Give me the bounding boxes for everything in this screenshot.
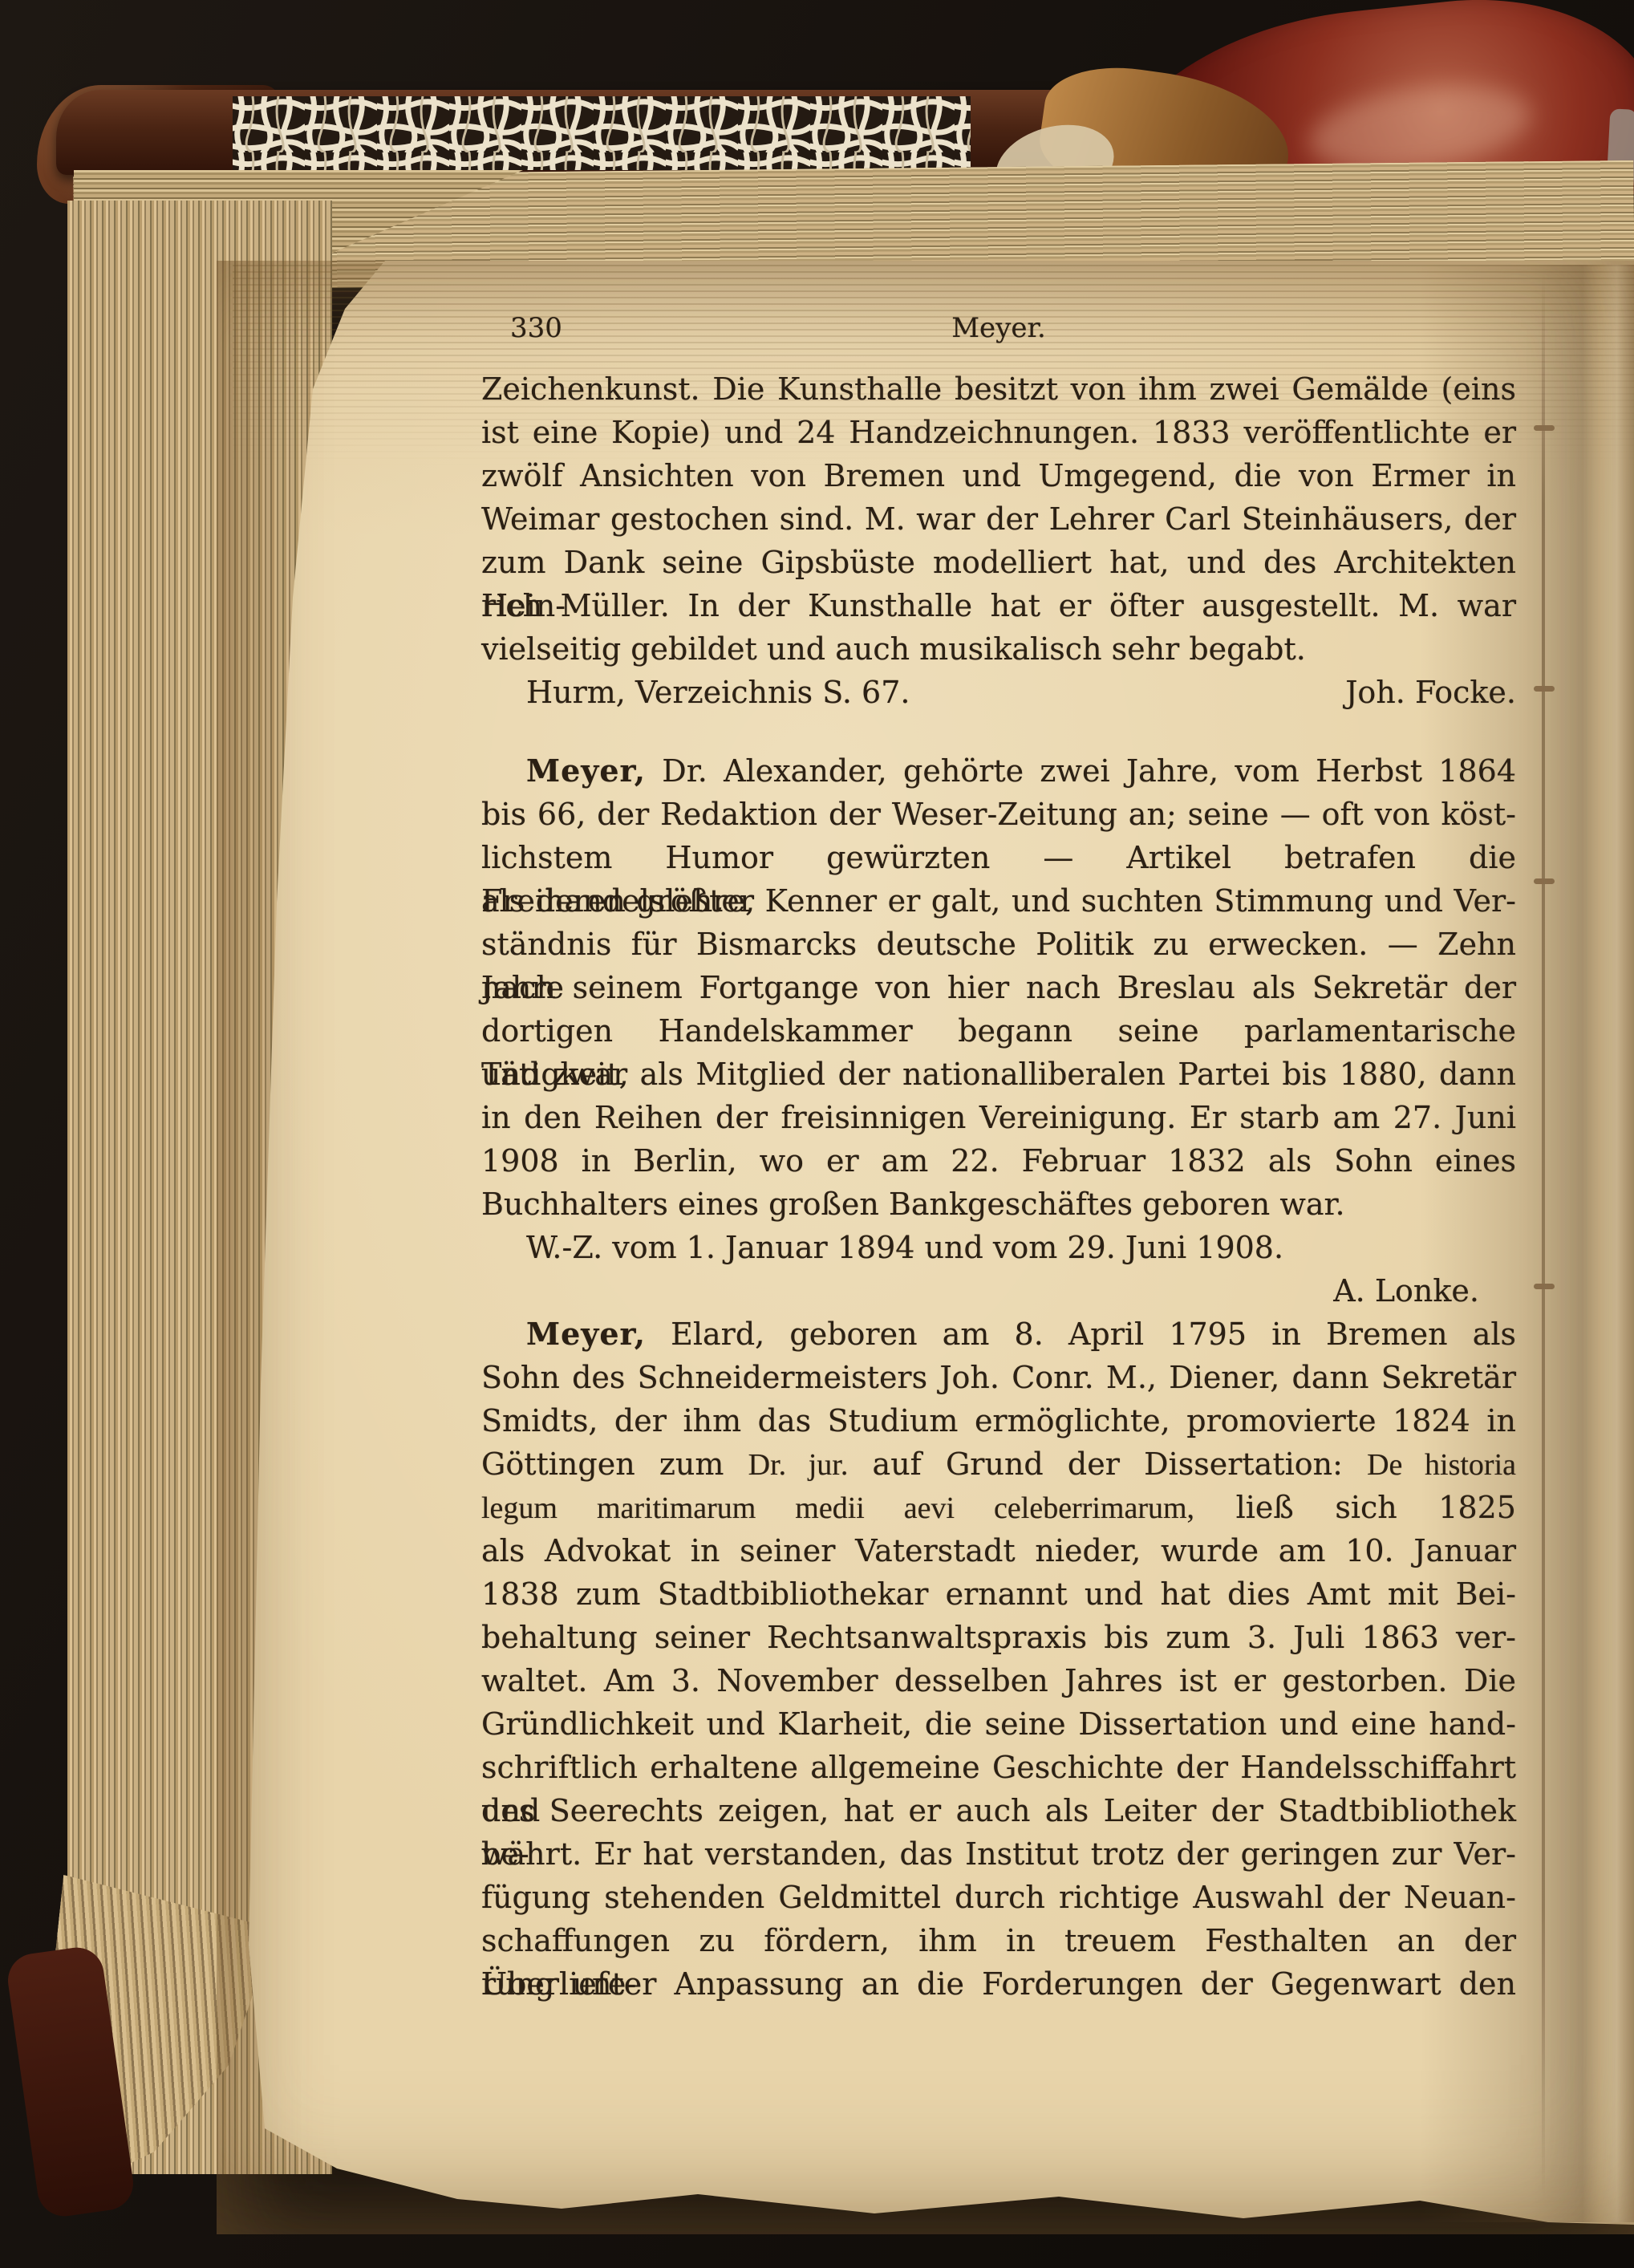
text-line: waltet. Am 3. November desselben Jahres …: [481, 1659, 1516, 1702]
reference-citation: W.-Z. vom 1. Januar 1894 und vom 29. Jun…: [481, 1226, 1516, 1269]
entry-headword: Meyer,: [526, 1316, 646, 1352]
text-line: rich Müller. In der Kunsthalle hat er öf…: [481, 584, 1516, 627]
text-line: Smidts, der ihm das Studium ermöglichte,…: [481, 1399, 1516, 1442]
text-line: fügung stehenden Geldmittel durch richti…: [481, 1876, 1516, 1919]
text-line: Meyer, Dr. Alexander, gehörte zwei Jahre…: [481, 749, 1516, 793]
text-line: Gründlichkeit und Klarheit, die seine Di…: [481, 1702, 1516, 1746]
gutter-crease-line: [1542, 273, 1545, 2198]
author-signature: A. Lonke.: [481, 1269, 1516, 1313]
text-line: Zeichenkunst. Die Kunsthalle besitzt von…: [481, 367, 1516, 411]
entry-headword: Meyer,: [526, 753, 646, 789]
text-line: bis 66, der Redaktion der Weser-Zeitung …: [481, 793, 1516, 836]
text-line: zum Dank seine Gipsbüste modelliert hat,…: [481, 541, 1516, 584]
binding-stitch: [1534, 686, 1555, 692]
text-line: und zwar als Mitglied der nationallibera…: [481, 1053, 1516, 1096]
text-line: des Seerechts zeigen, hat er auch als Le…: [481, 1789, 1516, 1832]
latin-abbreviation: Dr. jur.: [748, 1448, 849, 1482]
latin-dissertation-title: De historia: [1367, 1448, 1516, 1482]
text-line: Göttingen zum Dr. jur. auf Grund der Dis…: [481, 1442, 1516, 1486]
text-line: Sohn des Schneidermeisters Joh. Conr. M.…: [481, 1356, 1516, 1399]
text-line: als deren größter Kenner er galt, und su…: [481, 879, 1516, 923]
text-line: zwölf Ansichten von Bremen und Umgegend,…: [481, 454, 1516, 497]
book-photo: 330 Meyer. Zeichenkunst. Die Kunsthalle …: [0, 0, 1634, 2268]
text-line: nach seinem Fortgange von hier nach Bres…: [481, 966, 1516, 1009]
top-spine-crackle-texture: [233, 96, 971, 170]
entry-continuation: Zeichenkunst. Die Kunsthalle besitzt von…: [481, 367, 1516, 714]
text-line: lichstem Humor gewürzten — Artikel betra…: [481, 836, 1516, 879]
text-line: rung unter Anpassung an die Forderungen …: [481, 1962, 1516, 2006]
page-text-block: 330 Meyer. Zeichenkunst. Die Kunsthalle …: [481, 310, 1516, 2006]
text-line: behaltung seiner Rechtsanwaltspraxis bis…: [481, 1616, 1516, 1659]
page-header: 330 Meyer.: [481, 310, 1516, 347]
text-segment: Dr. Alexander, gehörte zwei Jahre, vom H…: [646, 753, 1516, 789]
binding-stitch: [1534, 878, 1555, 884]
text-line: Buchhalters eines großen Bankgeschäftes …: [481, 1183, 1516, 1226]
running-title: Meyer.: [481, 310, 1516, 347]
text-line: schaffungen zu fördern, ihm in treuem Fe…: [481, 1919, 1516, 1962]
text-line: in den Reihen der freisinnigen Vereinigu…: [481, 1096, 1516, 1139]
binding-stitch: [1534, 425, 1555, 431]
text-line: als Advokat in seiner Vaterstadt nieder,…: [481, 1529, 1516, 1572]
text-line: währt. Er hat verstanden, das Institut t…: [481, 1832, 1516, 1876]
text-line: dortigen Handelskammer begann seine parl…: [481, 1009, 1516, 1053]
text-line: legum maritimarum medii aevi celeberrima…: [481, 1486, 1516, 1529]
reference-citation: Hurm, Verzeichnis S. 67.: [526, 671, 910, 714]
entry-meyer-elard: Meyer, Elard, geboren am 8. April 1795 i…: [481, 1313, 1516, 2006]
text-line: vielseitig gebildet und auch musikalisch…: [481, 627, 1516, 671]
text-line: 1838 zum Stadtbibliothekar ernannt und h…: [481, 1572, 1516, 1616]
text-line: Meyer, Elard, geboren am 8. April 1795 i…: [481, 1313, 1516, 1356]
latin-dissertation-title: legum maritimarum medii aevi celeberrima…: [481, 1491, 1194, 1525]
binding-stitch: [1534, 1284, 1555, 1289]
entry-meyer-alexander: Meyer, Dr. Alexander, gehörte zwei Jahre…: [481, 749, 1516, 1313]
text-line: ist eine Kopie) und 24 Handzeichnungen. …: [481, 411, 1516, 454]
text-line: 1908 in Berlin, wo er am 22. Februar 183…: [481, 1139, 1516, 1183]
text-line: Weimar gestochen sind. M. war der Lehrer…: [481, 497, 1516, 541]
author-signature: Joh. Focke.: [1345, 671, 1516, 714]
text-segment: Elard, geboren am 8. April 1795 in Breme…: [646, 1317, 1516, 1352]
text-line: schriftlich erhaltene allgemeine Geschic…: [481, 1746, 1516, 1789]
text-segment: auf Grund der Dissertation:: [848, 1446, 1367, 1482]
reference-row: Hurm, Verzeichnis S. 67. Joh. Focke.: [481, 671, 1516, 714]
text-line: ständnis für Bismarcks deutsche Politik …: [481, 923, 1516, 966]
text-segment: Göttingen zum: [481, 1446, 748, 1482]
text-segment: ließ sich 1825: [1194, 1490, 1516, 1525]
